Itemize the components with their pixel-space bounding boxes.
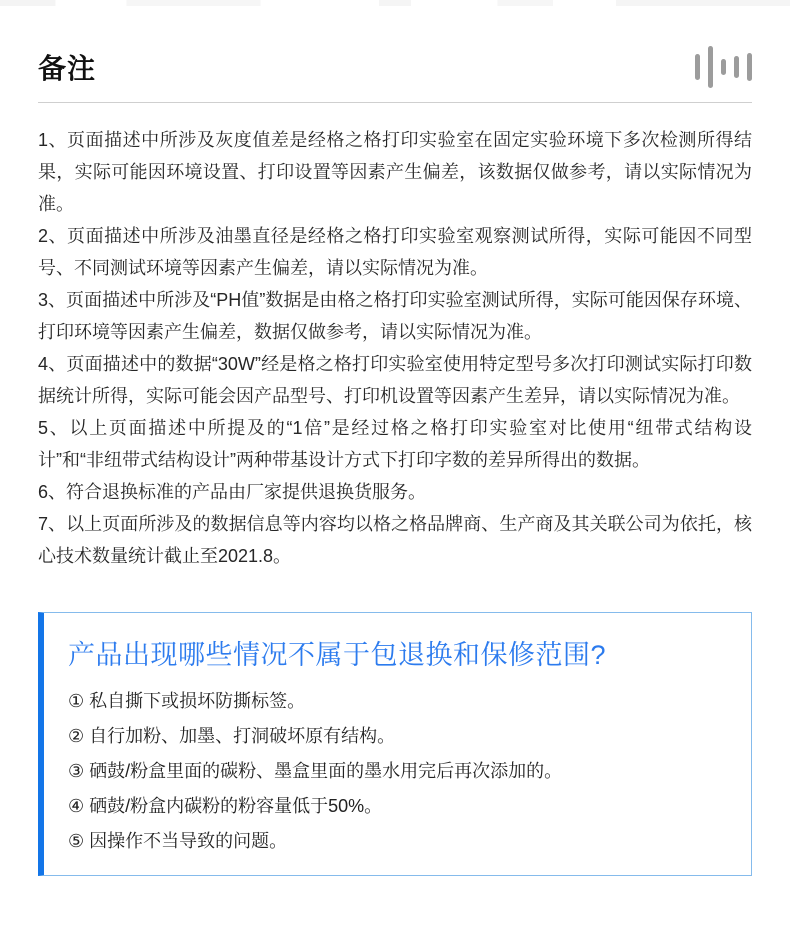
waveform-bar bbox=[695, 54, 700, 80]
note-item-1: 1、页面描述中所涉及灰度值差是经格之格打印实验室在固定实验环境下多次检测所得结果… bbox=[38, 124, 752, 220]
warranty-exclusion-item-2: ② 自行加粉、加墨、打洞破坏原有结构。 bbox=[68, 719, 727, 754]
warranty-exclusions-box: 产品出现哪些情况不属于包退换和保修范围? ① 私自撕下或损坏防撕标签。 ② 自行… bbox=[38, 612, 752, 876]
note-item-7: 7、以上页面所涉及的数据信息等内容均以格之格品牌商、生产商及其关联公司为依托，核… bbox=[38, 508, 752, 572]
top-artifact bbox=[0, 0, 790, 6]
note-item-5: 5、以上页面描述中所提及的“1倍”是经过格之格打印实验室对比使用“纽带式结构设计… bbox=[38, 412, 752, 476]
note-item-6: 6、符合退换标准的产品由厂家提供退换货服务。 bbox=[38, 476, 752, 508]
waveform-bar bbox=[747, 53, 752, 81]
warranty-box-title: 产品出现哪些情况不属于包退换和保修范围? bbox=[68, 633, 727, 672]
waveform-bar bbox=[708, 46, 713, 88]
section-header: 备注 bbox=[38, 44, 752, 90]
content-area: 备注 1、页面描述中所涉及灰度值差是经格之格打印实验室在固定实验环境下多次检测所… bbox=[0, 44, 790, 876]
header-divider bbox=[38, 102, 752, 103]
warranty-exclusion-item-5: ⑤ 因操作不当导致的问题。 bbox=[68, 824, 727, 859]
waveform-bar bbox=[721, 59, 726, 75]
warranty-exclusion-item-1: ① 私自撕下或损坏防撕标签。 bbox=[68, 684, 727, 719]
waveform-icon bbox=[695, 45, 752, 89]
note-item-3: 3、页面描述中所涉及“PH值”数据是由格之格打印实验室测试所得，实际可能因保存环… bbox=[38, 284, 752, 348]
product-notes-page: 备注 1、页面描述中所涉及灰度值差是经格之格打印实验室在固定实验环境下多次检测所… bbox=[0, 0, 790, 934]
note-item-2: 2、页面描述中所涉及油墨直径是经格之格打印实验室观察测试所得，实际可能因不同型号… bbox=[38, 220, 752, 284]
page-title: 备注 bbox=[38, 47, 96, 87]
note-item-4: 4、页面描述中的数据“30W”经是格之格打印实验室使用特定型号多次打印测试实际打… bbox=[38, 348, 752, 412]
waveform-bar bbox=[734, 56, 739, 78]
warranty-exclusion-item-4: ④ 硒鼓/粉盒内碳粉的粉容量低于50%。 bbox=[68, 789, 727, 824]
warranty-exclusion-item-3: ③ 硒鼓/粉盒里面的碳粉、墨盒里面的墨水用完后再次添加的。 bbox=[68, 754, 727, 789]
notes-list: 1、页面描述中所涉及灰度值差是经格之格打印实验室在固定实验环境下多次检测所得结果… bbox=[38, 124, 752, 572]
